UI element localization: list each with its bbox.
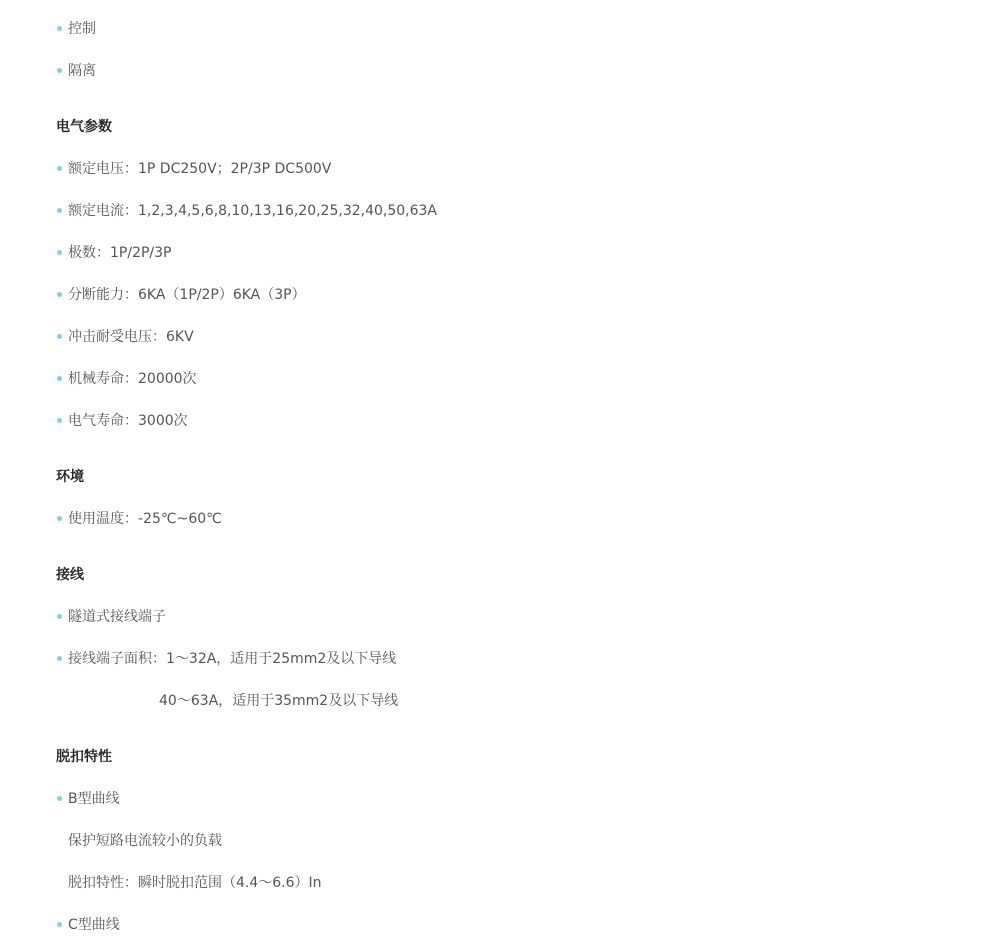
bullet-icon bbox=[57, 376, 62, 381]
section-heading-wiring: 接线 bbox=[56, 565, 84, 585]
characteristic-text: 脱扣特性：瞬时脱扣范围（4.4～6.6）In bbox=[68, 873, 322, 893]
bullet-icon bbox=[57, 796, 62, 801]
list-item-text: 40～63A，适用于35mm2及以下导线 bbox=[159, 691, 398, 711]
bullet-icon bbox=[57, 334, 62, 339]
list-item-text: 冲击耐受电压：6KV bbox=[68, 327, 194, 347]
section-heading-environment: 环境 bbox=[56, 467, 84, 487]
list-item-text: 额定电流：1,2,3,4,5,6,8,10,13,16,20,25,32,40,… bbox=[68, 201, 437, 221]
list-item-text: 控制 bbox=[68, 19, 96, 39]
list-item-text: B型曲线 bbox=[68, 789, 120, 809]
bullet-icon bbox=[57, 656, 62, 661]
bullet-icon bbox=[57, 292, 62, 297]
list-item-text: 使用温度：-25℃~60℃ bbox=[68, 509, 222, 529]
list-item-text: 分断能力：6KA（1P/2P）6KA（3P） bbox=[68, 285, 306, 305]
list-item-text: 额定电压：1P DC250V；2P/3P DC500V bbox=[68, 159, 331, 179]
bullet-icon bbox=[57, 250, 62, 255]
bullet-icon bbox=[57, 26, 62, 31]
list-item-text: 电气寿命：3000次 bbox=[68, 411, 188, 431]
list-item-text: 隔离 bbox=[68, 61, 96, 81]
list-item-text: 极数：1P/2P/3P bbox=[68, 243, 171, 263]
bullet-icon bbox=[57, 166, 62, 171]
list-item-text: 接线端子面积：1～32A，适用于25mm2及以下导线 bbox=[68, 649, 396, 669]
section-heading-electrical: 电气参数 bbox=[56, 117, 112, 137]
bullet-icon bbox=[57, 614, 62, 619]
bullet-icon bbox=[57, 516, 62, 521]
bullet-icon bbox=[57, 68, 62, 73]
section-heading-tripping: 脱扣特性 bbox=[56, 747, 112, 767]
list-item-text: 机械寿命：20000次 bbox=[68, 369, 197, 389]
list-item-text: 隧道式接线端子 bbox=[68, 607, 166, 627]
list-item-text: C型曲线 bbox=[68, 915, 120, 935]
bullet-icon bbox=[57, 922, 62, 927]
bullet-icon bbox=[57, 418, 62, 423]
bullet-icon bbox=[57, 208, 62, 213]
description-text: 保护短路电流较小的负载 bbox=[68, 831, 222, 851]
